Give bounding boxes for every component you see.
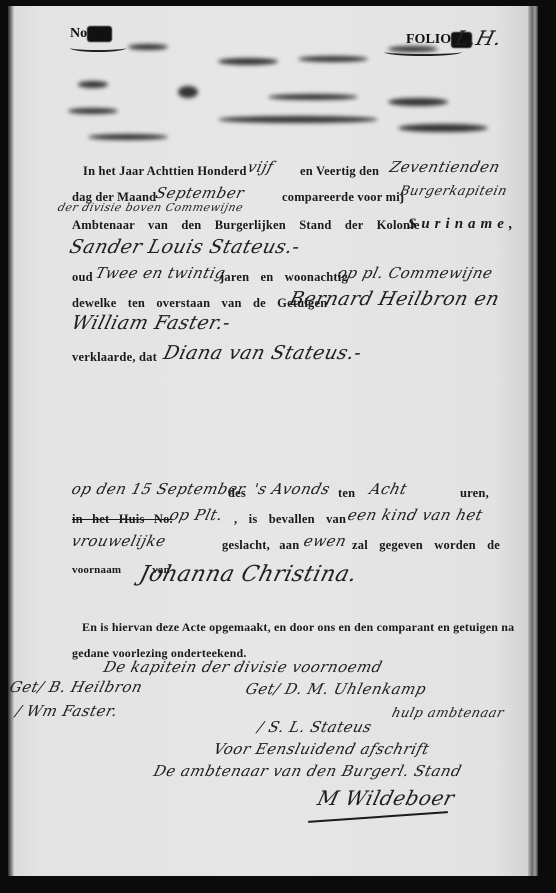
line9-hand-date: op den 15 September — [70, 480, 248, 498]
signature-role-line: De kapitein der divisie voornoemd — [102, 658, 385, 676]
line10-printed-struck: in het Huis No. — [72, 512, 173, 527]
line9-printed-a: des — [228, 486, 246, 501]
line9-hand-time: 's Avonds — [252, 480, 332, 498]
line2-hand-month: September — [154, 184, 247, 202]
line10-printed: , is bevallen van — [234, 512, 346, 527]
closing-line-1: En is hiervan deze Acte opgemaakt, en do… — [82, 620, 514, 635]
line3-printed: Ambtenaar van den Burgerlijken Stand der… — [72, 218, 420, 233]
signature-officer: Get/ D. M. Uhlenkamp — [244, 680, 429, 698]
book-spine-edge — [528, 6, 538, 876]
line9-hand-hour: Acht — [368, 480, 409, 498]
line6-hand-witness1: Bernard Heilbron en — [287, 288, 502, 310]
certified-copy-note: Voor Eensluidend afschrift — [212, 740, 432, 758]
line4-hand-name: Sander Louis Stateus.- — [67, 236, 302, 258]
line9-printed-b: ten — [338, 486, 355, 501]
line11-hand-sex: vrouwelijke — [70, 532, 168, 550]
line10-hand-place: op Plt. — [168, 506, 225, 524]
line8-hand-mother: Diana van Stateus.- — [161, 342, 364, 364]
line11-hand-which: ewen — [302, 532, 349, 550]
record-number: No273. — [70, 26, 112, 42]
number-brace — [70, 44, 126, 52]
signature-officer-title: hulp ambtenaar — [390, 706, 506, 721]
line9-printed-c: uren, — [460, 486, 489, 501]
signature-witness1: Get/ B. Heilbron — [8, 678, 145, 696]
folio-brace — [384, 48, 462, 56]
line2-printed-b: compareerde voor mij — [282, 190, 404, 205]
line1-hand-year: vijf — [246, 158, 276, 176]
register-page: No273. FOLIO273 L.H. In het Jaar Achttie… — [8, 6, 536, 876]
line2-hand-insert: der divisie boven Commewijne — [56, 201, 244, 214]
signature-declarant: / S. L. Stateus — [256, 718, 374, 736]
line5-printed-b: jaren en woonachtig — [220, 270, 348, 285]
line7-hand-witness2: William Faster.- — [69, 312, 233, 334]
line5-hand-age: Twee en twintig — [94, 264, 228, 282]
folio-label: FOLIO — [406, 32, 451, 47]
line10-hand-child: een kind van het — [346, 506, 485, 524]
number-label: No — [70, 26, 87, 41]
line8-printed: verklaarde, dat — [72, 350, 157, 365]
line11-printed-b: zal gegeven worden de — [352, 538, 500, 553]
number-value: 273. — [87, 26, 112, 42]
line3-colony: Suriname, — [408, 216, 518, 233]
signature-witness2: / Wm Faster. — [14, 702, 120, 720]
registrar-signature: M Wildeboer — [315, 786, 457, 810]
folio-handwritten-annotation: L.H. — [453, 26, 504, 50]
line2-hand-official: Burgerkapitein — [398, 184, 509, 199]
page-left-shadow — [8, 6, 14, 876]
registrar-title: De ambtenaar van den Burgerl. Stand — [152, 762, 464, 780]
registrar-signature-underline — [308, 811, 448, 823]
line1-printed-b: en Veertig den — [300, 164, 379, 179]
line1-hand-day: Zeventienden — [388, 158, 502, 176]
line11-printed-a: geslacht, aan — [222, 538, 299, 553]
line5-printed-a: oud — [72, 270, 93, 285]
line5-hand-residence: op pl. Commewijne — [336, 264, 495, 282]
line1-printed-a: In het Jaar Achttien Honderd — [83, 164, 247, 179]
line12-hand-childname: Johanna Christina. — [137, 562, 360, 587]
